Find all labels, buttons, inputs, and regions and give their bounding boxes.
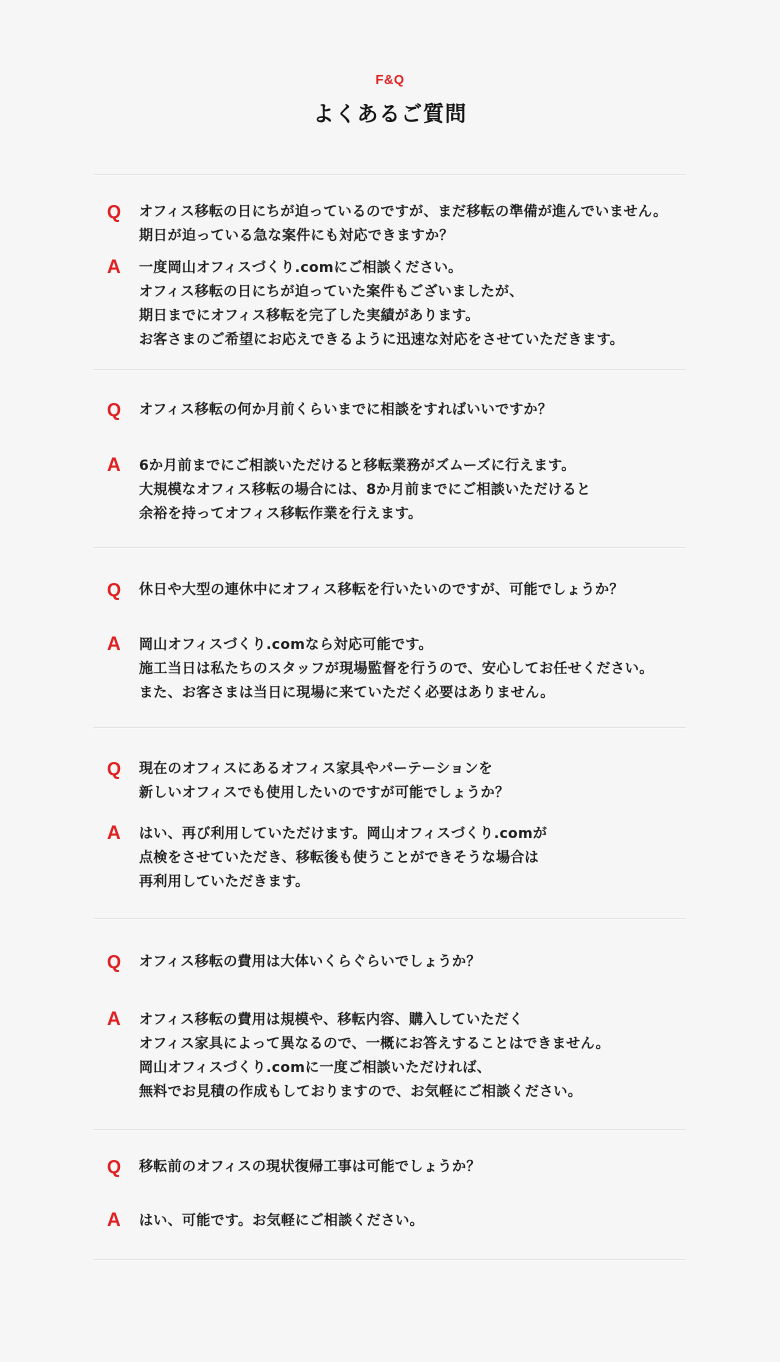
question-text: 現在のオフィスにあるオフィス家具やパーテーションを 新しいオフィスでも使用したい… (139, 757, 509, 805)
question-text: 休日や大型の連休中にオフィス移転を行いたいのですが、可能でしょうか？ (139, 578, 624, 602)
question-text: 移転前のオフィスの現状復帰工事は可能でしょうか？ (139, 1155, 481, 1179)
text-line: オフィス家具によって異なるので、一概にお答えすることはできません。 (139, 1032, 610, 1056)
text-line: 移転前のオフィスの現状復帰工事は可能でしょうか？ (139, 1155, 481, 1179)
text-line: オフィス移転の費用は大体いくらぐらいでしょうか？ (139, 950, 481, 974)
faq-1-question: Q オフィス移転の日にちが迫っているのですが、まだ移転の準備が進んでいません。 … (107, 200, 707, 248)
answer-marker: A (107, 454, 139, 478)
answer-marker: A (107, 1008, 139, 1032)
text-line: 再利用していただきます。 (139, 870, 547, 894)
answer-text: 一度岡山オフィスづくり.comにご相談ください。 オフィス移転の日にちが迫ってい… (139, 256, 624, 352)
text-line: 無料でお見積の作成もしておりますので、お気軽にご相談ください。 (139, 1080, 610, 1104)
faq-2-answer: A 6か月前までにご相談いただけると移転業務がズムーズに行えます。 大規模なオフ… (107, 454, 707, 526)
question-text: オフィス移転の費用は大体いくらぐらいでしょうか？ (139, 950, 481, 974)
divider (93, 369, 686, 371)
text-line: 点検をさせていただき、移転後も使うことができそうな場合は (139, 846, 547, 870)
question-marker: Q (107, 200, 139, 224)
text-line: 休日や大型の連休中にオフィス移転を行いたいのですが、可能でしょうか？ (139, 578, 624, 602)
text-line: 一度岡山オフィスづくり.comにご相談ください。 (139, 256, 624, 280)
answer-text: オフィス移転の費用は規模や、移転内容、購入していただく オフィス家具によって異な… (139, 1008, 610, 1104)
faq-3-question: Q 休日や大型の連休中にオフィス移転を行いたいのですが、可能でしょうか？ (107, 578, 707, 602)
text-line: 6か月前までにご相談いただけると移転業務がズムーズに行えます。 (139, 454, 591, 478)
text-line: 施工当日は私たちのスタッフが現場監督を行うので、安心してお任せください。 (139, 657, 654, 681)
question-marker: Q (107, 398, 139, 422)
text-line: 現在のオフィスにあるオフィス家具やパーテーションを (139, 757, 509, 781)
text-line: また、お客さまは当日に現場に来ていただく必要はありません。 (139, 681, 654, 705)
answer-marker: A (107, 256, 139, 280)
faq-4-answer: A はい、再び利用していただけます。岡山オフィスづくり.comが 点検をさせてい… (107, 822, 707, 894)
answer-text: はい、再び利用していただけます。岡山オフィスづくり.comが 点検をさせていただ… (139, 822, 547, 894)
text-line: オフィス移転の何か月前くらいまでに相談をすればいいですか？ (139, 398, 552, 422)
question-marker: Q (107, 1155, 139, 1179)
divider (93, 174, 686, 176)
faq-3-answer: A 岡山オフィスづくり.comなら対応可能です。 施工当日は私たちのスタッフが現… (107, 633, 707, 705)
answer-marker: A (107, 1209, 139, 1233)
text-line: 岡山オフィスづくり.comなら対応可能です。 (139, 633, 654, 657)
text-line: オフィス移転の費用は規模や、移転内容、購入していただく (139, 1008, 610, 1032)
divider (93, 918, 686, 920)
faq-5-answer: A オフィス移転の費用は規模や、移転内容、購入していただく オフィス家具によって… (107, 1008, 707, 1104)
page-title: よくあるご質問 (0, 98, 780, 128)
question-marker: Q (107, 578, 139, 602)
faq-1-answer: A 一度岡山オフィスづくり.comにご相談ください。 オフィス移転の日にちが迫っ… (107, 256, 707, 352)
question-text: オフィス移転の何か月前くらいまでに相談をすればいいですか？ (139, 398, 552, 422)
answer-marker: A (107, 822, 139, 846)
answer-marker: A (107, 633, 139, 657)
answer-text: 岡山オフィスづくり.comなら対応可能です。 施工当日は私たちのスタッフが現場監… (139, 633, 654, 705)
text-line: 大規模なオフィス移転の場合には、8か月前までにご相談いただけると (139, 478, 591, 502)
text-line: 岡山オフィスづくり.comに一度ご相談いただければ、 (139, 1056, 610, 1080)
faq-5-question: Q オフィス移転の費用は大体いくらぐらいでしょうか？ (107, 950, 707, 974)
text-line: 期日が迫っている急な案件にも対応できますか？ (139, 224, 667, 248)
text-line: お客さまのご希望にお応えできるように迅速な対応をさせていただきます。 (139, 328, 624, 352)
text-line: オフィス移転の日にちが迫っているのですが、まだ移転の準備が進んでいません。 (139, 200, 667, 224)
divider (93, 727, 686, 729)
section-eyebrow: F&Q (0, 72, 780, 87)
faq-2-question: Q オフィス移転の何か月前くらいまでに相談をすればいいですか？ (107, 398, 707, 422)
answer-text: 6か月前までにご相談いただけると移転業務がズムーズに行えます。 大規模なオフィス… (139, 454, 591, 526)
faq-page: F&Q よくあるご質問 Q オフィス移転の日にちが迫っているのですが、まだ移転の… (0, 0, 780, 1362)
text-line: オフィス移転の日にちが迫っていた案件もございましたが、 (139, 280, 624, 304)
faq-6-answer: A はい、可能です。お気軽にご相談ください。 (107, 1209, 707, 1233)
question-text: オフィス移転の日にちが迫っているのですが、まだ移転の準備が進んでいません。 期日… (139, 200, 667, 248)
divider (93, 547, 686, 549)
question-marker: Q (107, 950, 139, 974)
faq-4-question: Q 現在のオフィスにあるオフィス家具やパーテーションを 新しいオフィスでも使用し… (107, 757, 707, 805)
text-line: はい、可能です。お気軽にご相談ください。 (139, 1209, 424, 1233)
faq-6-question: Q 移転前のオフィスの現状復帰工事は可能でしょうか？ (107, 1155, 707, 1179)
text-line: 余裕を持ってオフィス移転作業を行えます。 (139, 502, 591, 526)
text-line: はい、再び利用していただけます。岡山オフィスづくり.comが (139, 822, 547, 846)
question-marker: Q (107, 757, 139, 781)
answer-text: はい、可能です。お気軽にご相談ください。 (139, 1209, 424, 1233)
divider (93, 1129, 686, 1131)
text-line: 期日までにオフィス移転を完了した実績があります。 (139, 304, 624, 328)
text-line: 新しいオフィスでも使用したいのですが可能でしょうか？ (139, 781, 509, 805)
divider (93, 1259, 686, 1261)
